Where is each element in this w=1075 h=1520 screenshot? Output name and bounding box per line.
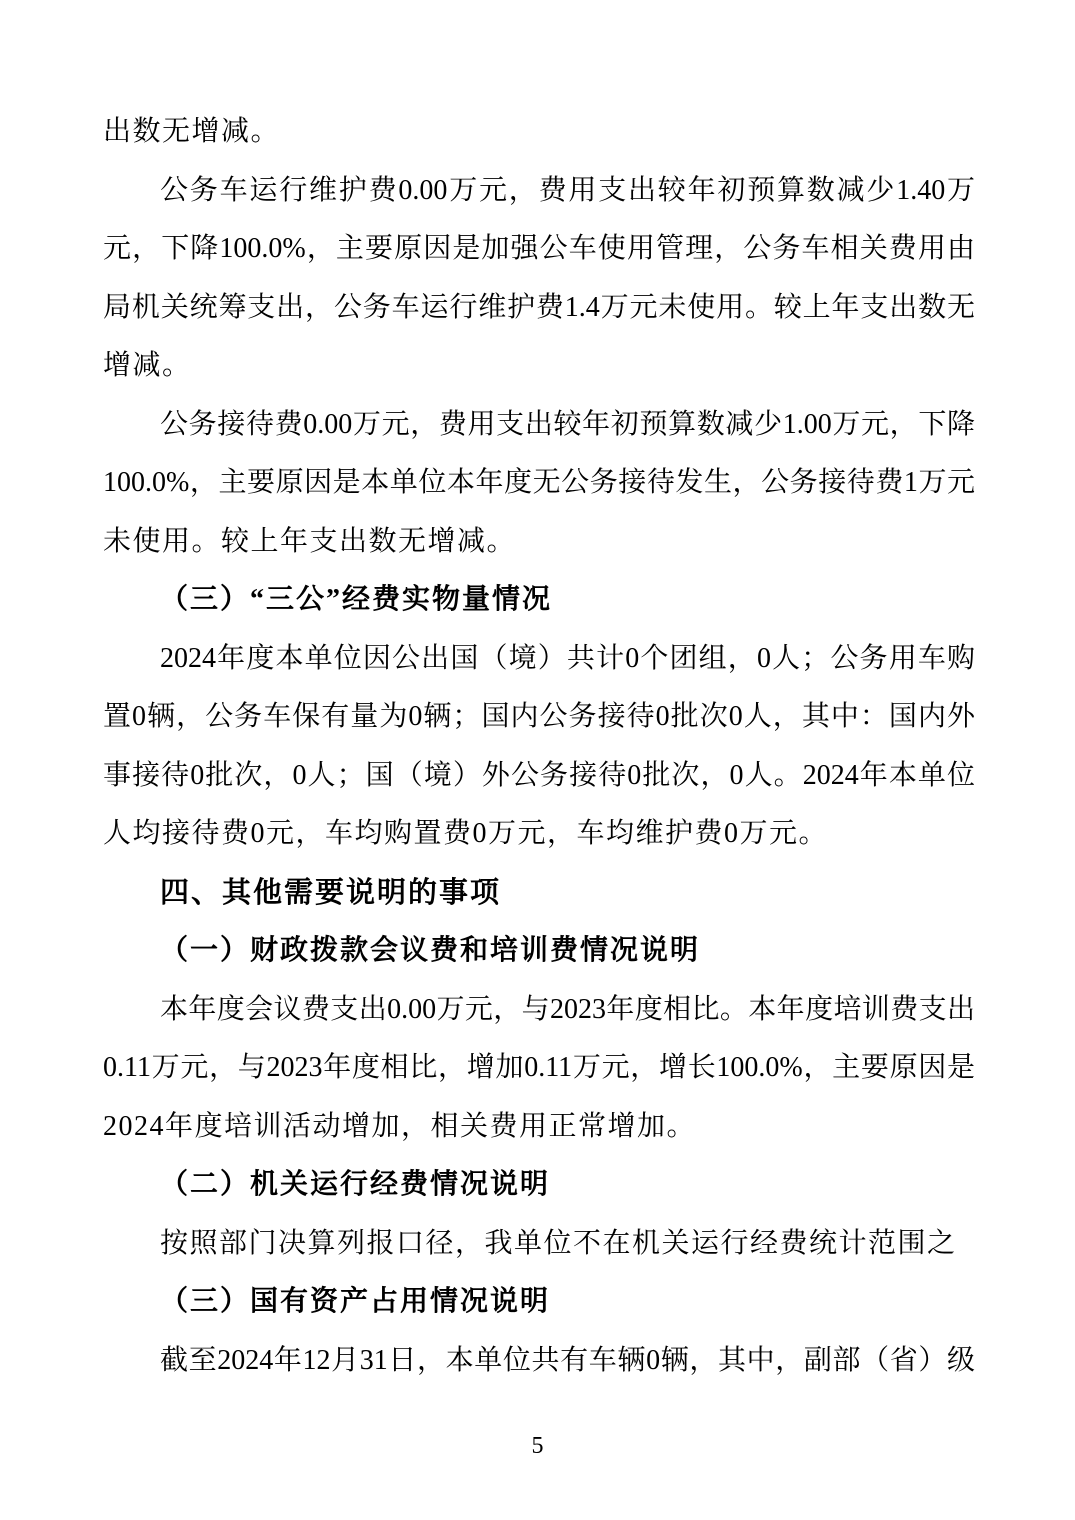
heading-three-public-physical-volume: （三）“三公”经费实物量情况 xyxy=(103,571,975,630)
heading-meeting-training-fees: （一）财政拨款会议费和培训费情况说明 xyxy=(103,922,975,981)
body-line: 局机关统筹支出，公务车运行维护费1.4万元未使用。较上年支出数无 xyxy=(103,279,975,338)
body-line: 按照部门决算列报口径，我单位不在机关运行经费统计范围之内。 xyxy=(103,1215,975,1274)
heading-state-owned-assets: （三）国有资产占用情况说明 xyxy=(103,1273,975,1332)
page-number: 5 xyxy=(0,1433,1075,1460)
body-line: 2024年度本单位因公出国（境）共计0个团组，0人；公务用车购 xyxy=(103,630,975,689)
heading-agency-operating-expenses: （二）机关运行经费情况说明 xyxy=(103,1156,975,1215)
body-line: 0.11万元，与2023年度相比，增加0.11万元，增长100.0%，主要原因是 xyxy=(103,1039,975,1098)
body-line: 本年度会议费支出0.00万元，与2023年度相比。本年度培训费支出 xyxy=(103,981,975,1040)
body-line: 人均接待费0元，车均购置费0万元，车均维护费0万元。 xyxy=(103,805,975,864)
body-line: 事接待0批次，0人；国（境）外公务接待0批次，0人。2024年本单位 xyxy=(103,747,975,806)
body-line: 截至2024年12月31日，本单位共有车辆0辆，其中，副部（省）级 xyxy=(103,1332,975,1391)
document-page: 出数无增减。 公务车运行维护费0.00万元，费用支出较年初预算数减少1.40万 … xyxy=(0,0,1075,1520)
body-line: 增减。 xyxy=(103,337,975,396)
body-line: 2024年度培训活动增加，相关费用正常增加。 xyxy=(103,1098,975,1157)
heading-section-four-other-matters: 四、其他需要说明的事项 xyxy=(103,864,975,923)
body-line: 公务车运行维护费0.00万元，费用支出较年初预算数减少1.40万 xyxy=(103,162,975,221)
body-line: 置0辆，公务车保有量为0辆；国内公务接待0批次0人，其中：国内外 xyxy=(103,688,975,747)
body-line: 元，下降100.0%，主要原因是加强公车使用管理，公务车相关费用由 xyxy=(103,220,975,279)
document-body: 出数无增减。 公务车运行维护费0.00万元，费用支出较年初预算数减少1.40万 … xyxy=(103,103,975,1390)
body-line: 出数无增减。 xyxy=(103,103,975,162)
body-line: 公务接待费0.00万元，费用支出较年初预算数减少1.00万元，下降 xyxy=(103,396,975,455)
body-line: 未使用。较上年支出数无增减。 xyxy=(103,513,975,572)
body-line: 100.0%，主要原因是本单位本年度无公务接待发生，公务接待费1万元 xyxy=(103,454,975,513)
